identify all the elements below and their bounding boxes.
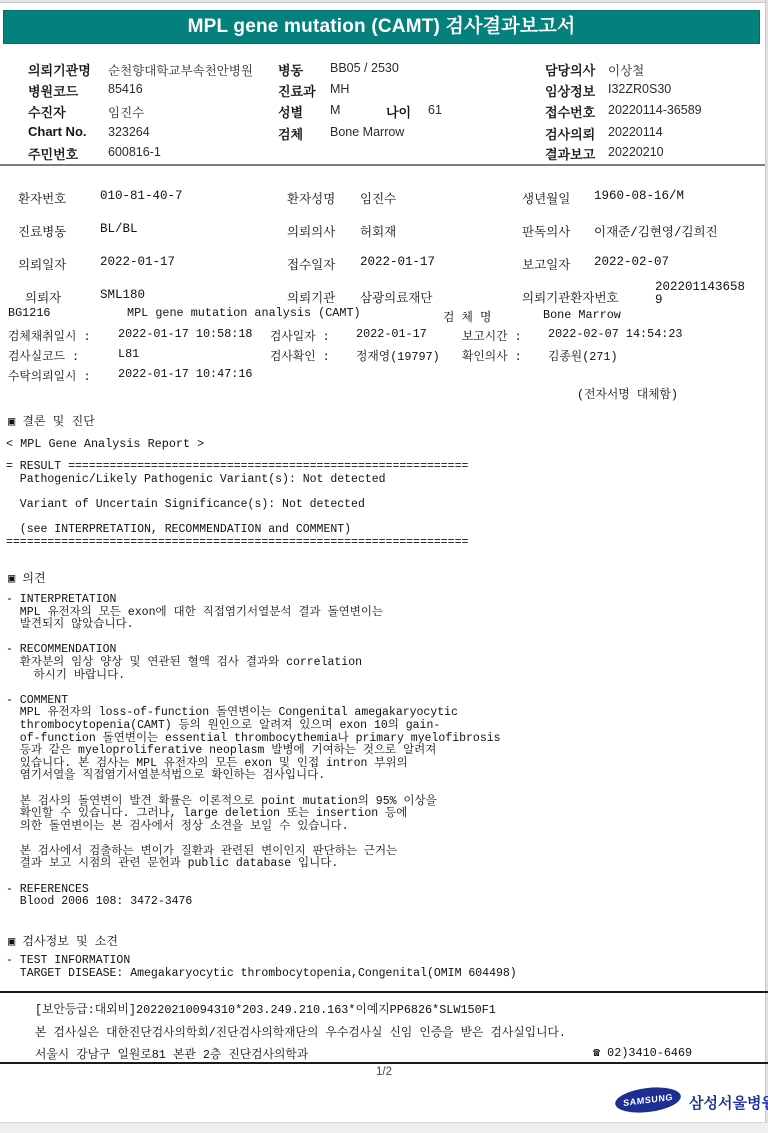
field-label-test-request: 검사의뢰	[545, 124, 595, 143]
certification-line: 본 검사실은 대한진단검사의학회/진단검사의학재단의 우수검사실 신임 인증을 …	[35, 1023, 566, 1040]
field-label-birth-date: 생년월일	[522, 189, 570, 207]
field-value-resident-no: 600816-1	[108, 145, 161, 159]
field-label-result-report: 결과보고	[545, 144, 595, 163]
field-label-accession-no: 접수번호	[545, 102, 595, 121]
field-value-attending-doctor: 이상철	[608, 61, 644, 79]
referral-value: 2022-01-17 10:47:16	[118, 367, 253, 381]
samsung-logo-text: SAMSUNG	[623, 1092, 673, 1108]
page-number: 1/2	[0, 1066, 768, 1078]
divider-footer-top	[0, 991, 768, 993]
test-info-block: - TEST INFORMATION TARGET DISEASE: Amega…	[6, 955, 517, 980]
section-test-info-title: ▣ 검사정보 및 소견	[8, 932, 118, 949]
field-value-ward: BB05 / 2530	[330, 61, 399, 75]
field-value-org-name: 순천향대학교부속천안병원	[108, 61, 253, 79]
field-label-ref-org: 의뢰기관	[287, 288, 335, 306]
address-line: 서울시 강남구 일원로81 본관 2층 진단검사의학과	[35, 1045, 308, 1062]
field-label-report-date: 보고일자	[522, 255, 570, 273]
report-page: MPL gene mutation (CAMT) 검사결과보고서 의뢰기관명 순…	[0, 0, 768, 1133]
field-value-patient-name: 임진수	[360, 189, 396, 207]
test-confirm-value: 정재영(19797)	[356, 347, 440, 364]
lab-code-value: L81	[118, 347, 139, 361]
test-name: MPL gene mutation analysis (CAMT)	[127, 306, 361, 320]
field-label-age: 나이	[386, 102, 411, 121]
esign-note: (전자서명 대체함)	[577, 385, 678, 402]
report-time-label: 보고시간 :	[462, 327, 522, 344]
result-block: = RESULT ===============================…	[6, 461, 468, 549]
field-label-receipt-date: 접수일자	[287, 255, 335, 273]
referral-label: 수탁의뢰일시 :	[8, 367, 91, 384]
field-label-dept: 진료과	[278, 81, 316, 100]
field-label-clinical-info: 임상정보	[545, 81, 595, 100]
report-title-banner: MPL gene mutation (CAMT) 검사결과보고서	[3, 10, 760, 44]
divider-header	[0, 164, 765, 166]
field-value-report-date: 2022-02-07	[594, 255, 669, 269]
field-value-read-doctor: 이재준/김현영/김희진	[594, 222, 718, 240]
field-value-chart-no: 323264	[108, 125, 150, 139]
section-conclusion-title: ▣ 결론 및 진단	[8, 412, 95, 429]
samsung-logo-icon: SAMSUNG	[614, 1084, 682, 1116]
report-analysis-title: < MPL Gene Analysis Report >	[6, 437, 204, 451]
field-label-sex: 성별	[278, 102, 303, 121]
collected-value: 2022-01-17 10:58:18	[118, 327, 253, 341]
field-value-clinical-info: I32ZR0S30	[608, 82, 671, 96]
field-label-request-date: 의뢰일자	[18, 255, 66, 273]
field-label-ref-org-patient-no: 의뢰기관환자번호	[522, 288, 619, 306]
field-value-ref-org: 삼광의료재단	[360, 288, 432, 306]
field-value-ref-doctor: 허회재	[360, 222, 396, 240]
field-value-hosp-code: 85416	[108, 82, 143, 96]
field-value-patient-no: 010-81-40-7	[100, 189, 183, 203]
field-value-dept: MH	[330, 82, 349, 96]
field-value-birth-date: 1960-08-16/M	[594, 189, 684, 203]
field-label-hosp-code: 병원코드	[28, 81, 78, 100]
security-line: [보안등급:대외비]20220210094310*203.249.210.163…	[35, 1000, 496, 1017]
field-value-examinee: 임진수	[108, 103, 144, 121]
field-value-sex: M	[330, 103, 340, 117]
test-date-value: 2022-01-17	[356, 327, 427, 341]
test-date-label: 검사일자 :	[270, 327, 330, 344]
section-opinion-title: ▣ 의견	[8, 569, 46, 586]
field-value-age: 61	[428, 103, 442, 117]
opinion-block: - INTERPRETATION MPL 유전자의 모든 exon에 대한 직접…	[6, 594, 501, 909]
field-value-test-request: 20220114	[608, 125, 663, 139]
field-label-org-name: 의뢰기관명	[28, 60, 91, 79]
hospital-name: 삼성서울병원	[689, 1092, 768, 1113]
field-label-specimen: 검체	[278, 124, 303, 143]
field-value-ref-org-patient-no: 2022011436589	[655, 281, 749, 307]
field-label-ref-doctor: 의뢰의사	[287, 222, 335, 240]
phone-number: ☎ 02)3410-6469	[593, 1045, 692, 1060]
test-confirm-label: 검사확인 :	[270, 347, 330, 364]
field-label-resident-no: 주민번호	[28, 144, 78, 163]
divider-footer-bottom	[0, 1062, 768, 1064]
specimen-name-label: 검 체 명	[443, 308, 491, 325]
field-value-result-report: 20220210	[608, 145, 664, 159]
field-value-requester: SML180	[100, 288, 145, 302]
field-label-read-doctor: 판독의사	[522, 222, 570, 240]
test-code: BG1216	[8, 306, 50, 320]
confirm-doctor-value: 김종원(271)	[548, 347, 618, 364]
collected-label: 검체채취일시 :	[8, 327, 91, 344]
field-label-ward: 병동	[278, 60, 303, 79]
field-label-chart-no: Chart No.	[28, 124, 87, 139]
field-label-attending-doctor: 담당의사	[545, 60, 595, 79]
field-value-accession-no: 20220114-36589	[608, 103, 702, 117]
field-label-patient-name: 환자성명	[287, 189, 335, 207]
field-value-specimen: Bone Marrow	[330, 125, 404, 139]
specimen-name-value: Bone Marrow	[543, 308, 621, 322]
top-edge-strip	[0, 0, 768, 3]
field-value-request-date: 2022-01-17	[100, 255, 175, 269]
report-time-value: 2022-02-07 14:54:23	[548, 327, 683, 341]
field-label-examinee: 수진자	[28, 102, 66, 121]
lab-code-label: 검사실코드 :	[8, 347, 79, 364]
field-label-care-ward: 진료병동	[18, 222, 66, 240]
field-label-patient-no: 환자번호	[18, 189, 66, 207]
confirm-doctor-label: 확인의사 :	[462, 347, 522, 364]
field-value-receipt-date: 2022-01-17	[360, 255, 435, 269]
bottom-edge-strip	[0, 1122, 768, 1133]
field-label-requester: 의뢰자	[25, 288, 61, 306]
field-value-care-ward: BL/BL	[100, 222, 138, 236]
